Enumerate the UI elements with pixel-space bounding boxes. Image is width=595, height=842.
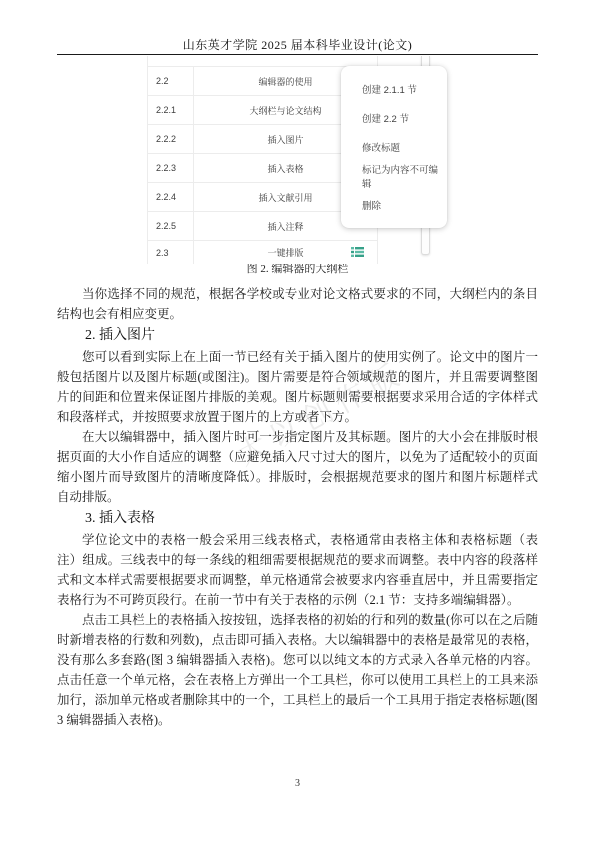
paragraph: 学位论文中的表格一般会采用三线表格式，表格通常由表格主体和表格标题（表注）组成。… bbox=[57, 530, 538, 610]
menu-item-mark-readonly: 标记为内容不可编辑 bbox=[341, 161, 447, 190]
body-text: 当你选择不同的规范，根据各学校或专业对论文格式要求的不同，大纲栏内的条目结构也会… bbox=[57, 284, 538, 730]
menu-item-create-subsection: 创建 2.1.1 节 bbox=[341, 75, 447, 104]
outline-row-partial bbox=[148, 56, 377, 67]
outline-number: 2.2.4 bbox=[148, 183, 194, 211]
paragraph: 点击工具栏上的表格插入按按钮，选择表格的初始的行和列的数量(你可以在之后随时新增… bbox=[57, 610, 538, 730]
outline-number: 2.2.2 bbox=[148, 125, 194, 153]
paragraph: 您可以看到实际上在上面一节已经有关于插入图片的使用实例了。论文中的图片一般包括图… bbox=[57, 347, 538, 427]
outline-number: 2.2 bbox=[148, 67, 194, 95]
paragraph: 当你选择不同的规范，根据各学校或专业对论文格式要求的不同，大纲栏内的条目结构也会… bbox=[57, 284, 538, 324]
outline-number: 2.2.5 bbox=[148, 212, 194, 240]
outline-row: 2.3 一键排版 bbox=[148, 241, 377, 264]
outline-number: 2.3 bbox=[148, 241, 194, 264]
menu-item-delete: 删除 bbox=[341, 190, 447, 219]
menu-item-create-section: 创建 2.2 节 bbox=[341, 104, 447, 133]
section-heading-insert-image: 2. 插入图片 bbox=[57, 324, 538, 347]
outline-number: 2.2.1 bbox=[148, 96, 194, 124]
page-number: 3 bbox=[57, 778, 538, 789]
list-icon bbox=[351, 246, 364, 259]
section-heading-insert-table: 3. 插入表格 bbox=[57, 507, 538, 530]
paragraph: 在大以编辑器中，插入图片时可一步指定图片及其标题。图片的大小会在排版时根据页面的… bbox=[57, 427, 538, 507]
outline-number: 2.2.3 bbox=[148, 154, 194, 182]
context-menu: 创建 2.1.1 节 创建 2.2 节 修改标题 标记为内容不可编辑 删除 bbox=[341, 66, 447, 228]
outline-title: 一键排版 bbox=[194, 241, 377, 264]
menu-item-edit-title: 修改标题 bbox=[341, 133, 447, 162]
page-header: 山东英才学院 2025 届本科毕业设计(论文) bbox=[57, 36, 538, 53]
